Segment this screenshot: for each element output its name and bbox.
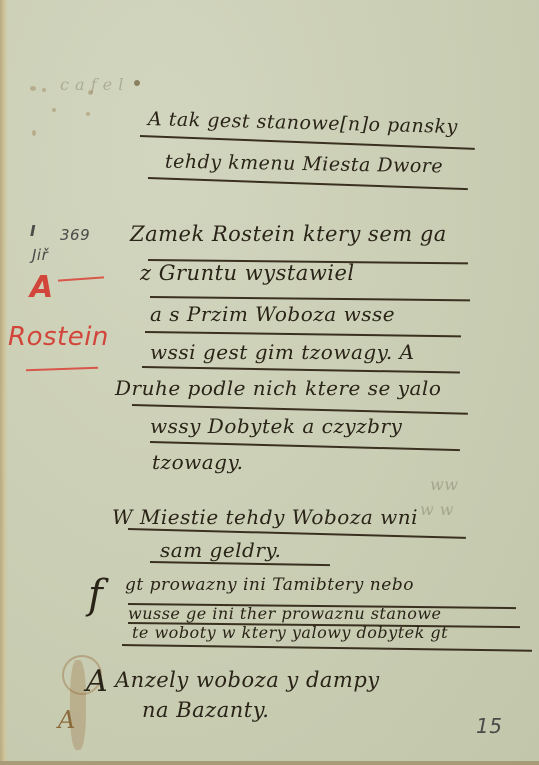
red-underline: [58, 276, 104, 281]
paragraph-1-line: z Gruntu wystawiel: [140, 261, 355, 285]
paragraph-3-marker: f: [88, 572, 103, 618]
show-through-text: ww: [430, 475, 458, 494]
show-through-text: c a f e l: [60, 75, 124, 94]
page-bottom-edge: [0, 761, 539, 765]
underline: [128, 528, 466, 538]
underline: [150, 561, 330, 566]
paragraph-4-line: Anzely woboza y dampy: [115, 668, 380, 692]
manuscript-page: c a f e l ww w w A tak gest stanowe[n]o …: [0, 0, 539, 765]
binding-gutter: [0, 0, 8, 765]
show-through-text: w w: [420, 500, 454, 519]
underline: [145, 331, 461, 337]
ink-spot: [134, 80, 140, 86]
paragraph-4-line: na Bazanty.: [142, 698, 269, 722]
pencil-folio-number: 369: [60, 226, 90, 244]
paragraph-2-line: sam geldry.: [160, 538, 281, 562]
ink-spot: [32, 130, 36, 136]
pencil-numeral: I: [30, 222, 36, 240]
underline: [122, 644, 532, 651]
paragraph-1-line: wssi gest gim tzowagy. A: [150, 340, 414, 364]
bottom-left-mark: A: [58, 706, 76, 734]
red-crayon-name: Rostein: [8, 322, 109, 352]
underline: [132, 404, 468, 414]
underline: [150, 296, 470, 301]
pencil-abbreviation: Jiř: [32, 246, 48, 264]
folio-number: 15: [476, 714, 502, 738]
paragraph-1-line: Zamek Rostein ktery sem ga: [130, 222, 447, 246]
paragraph-1-line: wssy Dobytek a czyzbry: [150, 414, 402, 438]
paragraph-3-line: te woboty w ktery yalowy dobytek gt: [132, 623, 448, 642]
heading-line-2: tehdy kmenu Miesta Dwore: [165, 151, 443, 178]
paragraph-4-marker: A: [86, 664, 108, 699]
ink-spot: [52, 108, 56, 112]
heading-line-1: A tak gest stanowe[n]o pansky: [148, 108, 458, 138]
red-underline: [26, 367, 98, 372]
paragraph-1-line: Druhe podle nich ktere se yalo: [115, 376, 441, 400]
underline: [142, 366, 460, 373]
paragraph-1-line: a s Przim Woboza wsse: [150, 302, 395, 326]
paragraph-3-line: wusse ge ini ther prowaznu stanowe: [128, 604, 442, 623]
red-crayon-mark: A: [30, 270, 54, 305]
ink-spot: [30, 86, 36, 91]
ink-spot: [86, 112, 90, 116]
paragraph-2-line: W Miestie tehdy Woboza wni: [112, 505, 418, 529]
paragraph-1-line: tzowagy.: [152, 450, 243, 474]
paragraph-3-line: gt prowazny ini Tamibtery nebo: [125, 575, 414, 595]
ink-spot: [42, 88, 46, 92]
underline: [148, 177, 468, 190]
